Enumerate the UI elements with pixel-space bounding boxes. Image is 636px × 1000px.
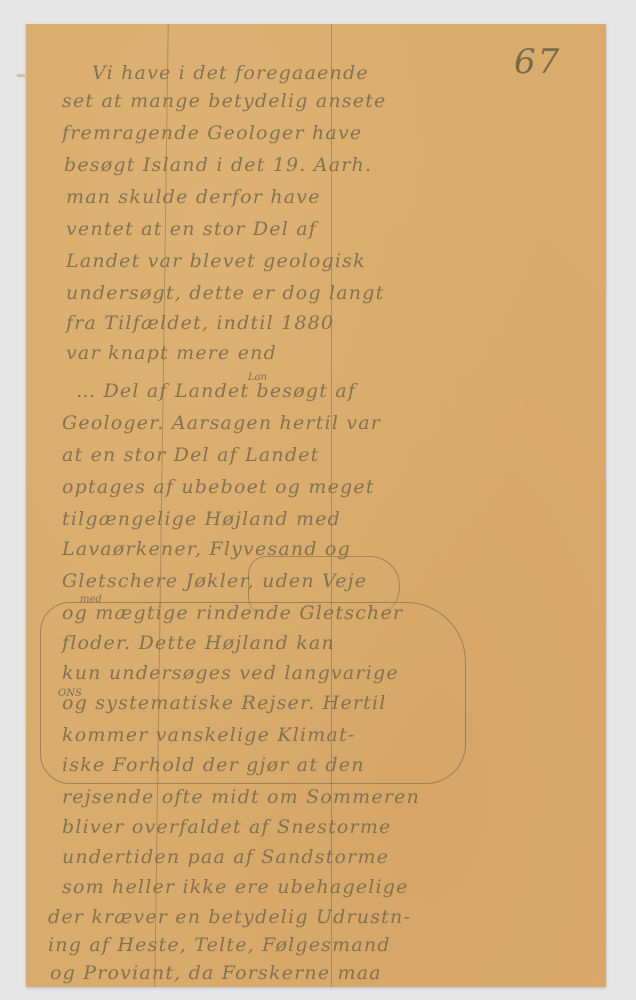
text-line: tilgængelige Højland med	[62, 508, 341, 530]
text-line: kun undersøges ved langvarige	[62, 662, 399, 684]
text-line: Lavaørkener, Flyvesand og	[62, 538, 351, 560]
text-line: floder. Dette Højland kan	[62, 632, 335, 654]
text-line: ing af Heste, Telte, Følgesmand	[48, 934, 391, 956]
text-line: bliver overfaldet af Snestorme	[62, 816, 392, 838]
text-line: Geologer. Aarsagen hertil var	[62, 412, 381, 434]
text-line: kommer vanskelige Klimat-	[62, 724, 356, 746]
text-line: man skulde derfor have	[66, 186, 321, 208]
text-line: var knapt mere end	[66, 342, 277, 364]
text-line: … Del af Landet besøgt af	[76, 380, 356, 402]
text-line: der kræver en betydelig Udrustn-	[48, 906, 411, 928]
text-line: at en stor Del af Landet	[62, 444, 320, 466]
text-line: ventet at en stor Del af	[66, 218, 317, 240]
text-line: undertiden paa af Sandstorme	[62, 846, 389, 868]
text-line: besøgt Island i det 19. Aarh.	[64, 154, 372, 176]
manuscript-page: 67 Vi have i det foregaaende set at mang…	[26, 24, 606, 987]
text-line: set at mange betydelig ansete	[62, 90, 386, 112]
text-line: Landet var blevet geologisk	[66, 250, 366, 272]
text-line: og mægtige rindende Gletscher	[62, 602, 403, 624]
text-line: optages af ubeboet og meget	[62, 476, 375, 498]
text-line: undersøgt, dette er dog langt	[66, 282, 384, 304]
text-line: iske Forhold der gjør at den	[62, 754, 365, 776]
text-line: rejsende ofte midt om Sommeren	[62, 786, 420, 808]
text-line: fremragende Geologer have	[62, 122, 362, 144]
text-line: som heller ikke ere ubehagelige	[62, 876, 409, 898]
text-line: og systematiske Rejser. Hertil	[62, 692, 387, 714]
text-line: og Proviant, da Forskerne maa	[50, 962, 382, 984]
text-line: Vi have i det foregaaende	[92, 62, 369, 84]
text-line: fra Tilfældet, indtil 1880	[66, 312, 334, 334]
handwritten-text: Vi have i det foregaaende set at mange b…	[26, 24, 606, 987]
text-line: Gletschere Jøkler, uden Veje	[62, 570, 367, 592]
